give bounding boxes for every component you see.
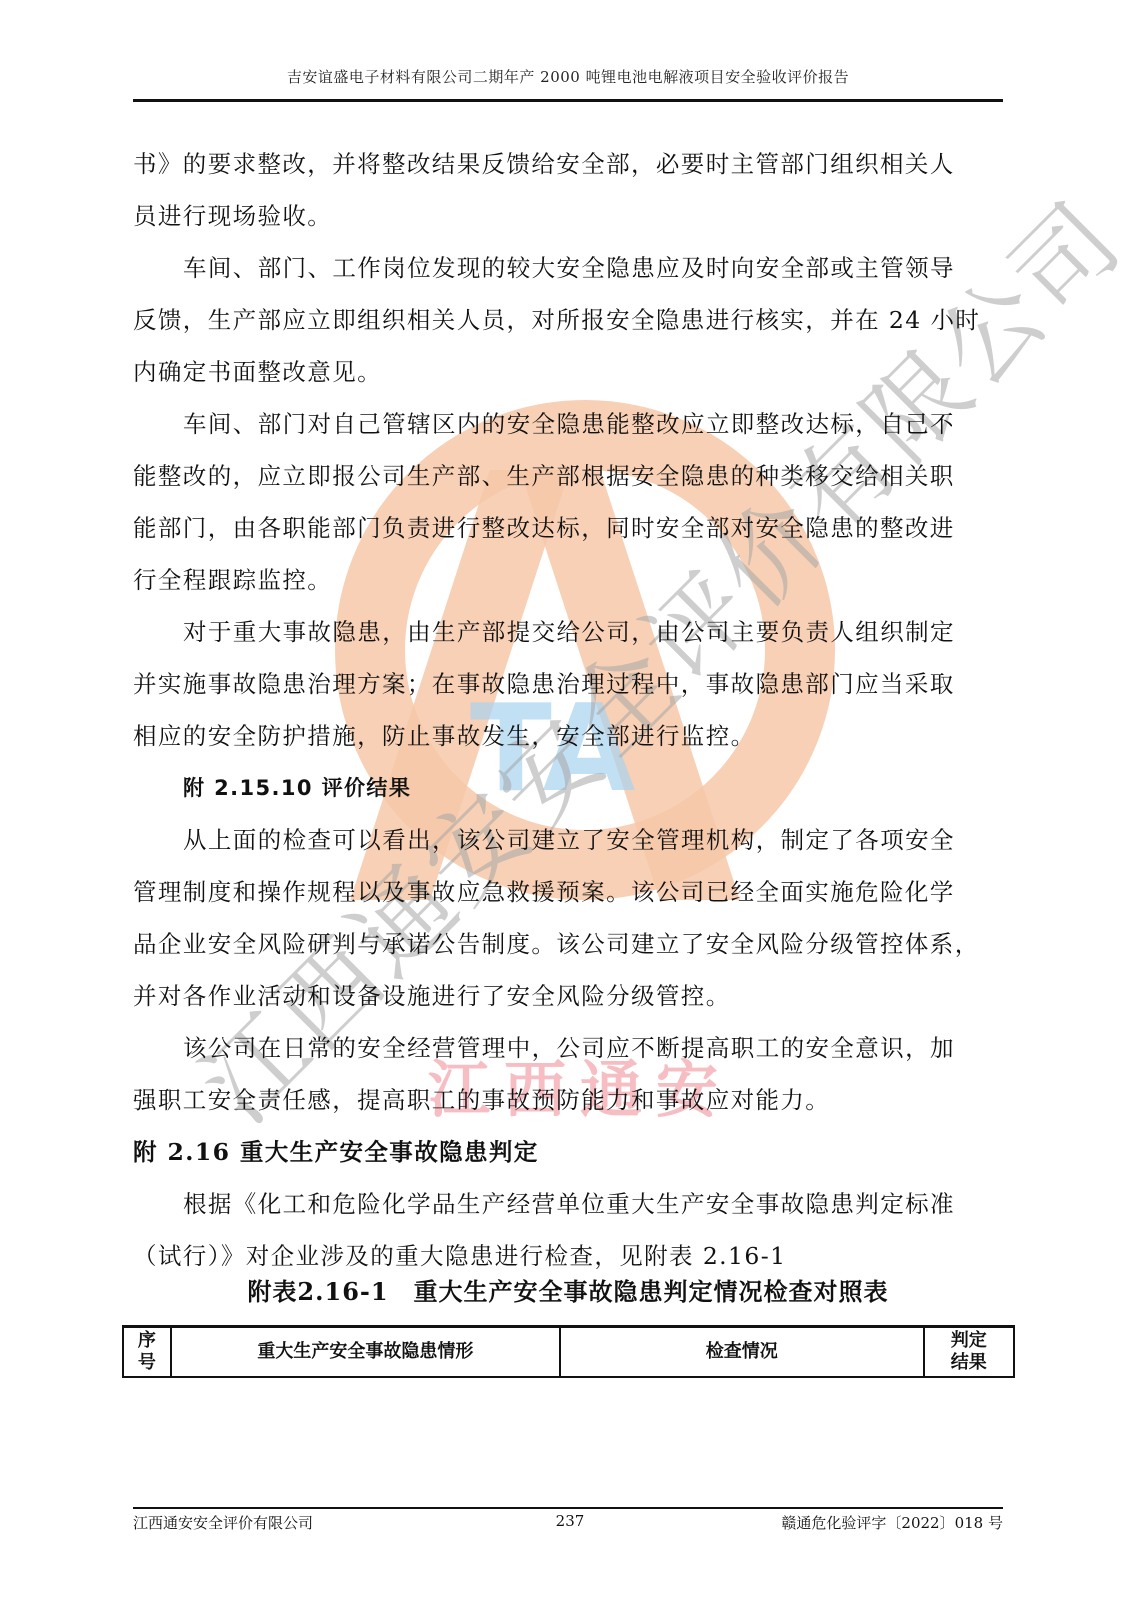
text-line: 行全程跟踪监控。 — [133, 554, 1003, 606]
column-header-hazard-situation: 重大生产安全事故隐患情形 — [171, 1327, 560, 1378]
paragraph-major-hazard-report: 车间、部门、工作岗位发现的较大安全隐患应及时向安全部或主管领导 反馈，生产部应立… — [133, 242, 1003, 398]
header-line: 判定 — [925, 1330, 1014, 1352]
column-header-judgment-result: 判定 结果 — [924, 1327, 1015, 1378]
text-line: 强职工安全责任感，提高职工的事故预防能力和事故应对能力。 — [133, 1074, 1003, 1126]
subsection-heading: 附 2.15.10 评价结果 — [133, 762, 1003, 814]
body-text: 书》的要求整改，并将整改结果反馈给安全部，必要时主管部门组织相关人 员进行现场验… — [133, 138, 1003, 1282]
column-header-index: 序 号 — [123, 1327, 171, 1378]
paragraph-major-accident-hazard: 对于重大事故隐患，由生产部提交给公司，由公司主要负责人组织制定 并实施事故隐患治… — [133, 606, 1003, 762]
hazard-check-table: 序 号 重大生产安全事故隐患情形 检查情况 判定 结果 — [122, 1325, 1015, 1378]
document-page: TA 江西通安安全评价有限公司 江西通安 吉安谊盛电子材料有限公司二期年产 20… — [0, 0, 1131, 1600]
text-line: 并实施事故隐患治理方案；在事故隐患治理过程中，事故隐患部门应当采取 — [133, 658, 1003, 710]
header-line: 检查情况 — [706, 1341, 778, 1362]
footer-rule — [133, 1507, 1003, 1509]
footer-company: 江西通安安全评价有限公司 — [133, 1512, 313, 1533]
footer-document-number: 赣通危化验评字〔2022〕018 号 — [781, 1512, 1003, 1533]
text-line: 管理制度和操作规程以及事故应急救援预案。该公司已经全面实施危险化学 — [133, 866, 1003, 918]
text-line: 能整改的，应立即报公司生产部、生产部根据安全隐患的种类移交给相关职 — [133, 450, 1003, 502]
text-line: 品企业安全风险研判与承诺公告制度。该公司建立了安全风险分级管控体系， — [133, 918, 1003, 970]
text-line: 相应的安全防护措施，防止事故发生，安全部进行监控。 — [133, 710, 1003, 762]
text-line: 车间、部门、工作岗位发现的较大安全隐患应及时向安全部或主管领导 — [133, 242, 1003, 294]
paragraph-standard-reference: 根据《化工和危险化学品生产经营单位重大生产安全事故隐患判定标准 （试行）》对企业… — [133, 1178, 1003, 1282]
running-header: 吉安谊盛电子材料有限公司二期年产 2000 吨锂电池电解液项目安全验收评价报告 — [133, 66, 1003, 87]
table-header-row: 序 号 重大生产安全事故隐患情形 检查情况 判定 结果 — [123, 1327, 1014, 1378]
column-header-inspection-status: 检查情况 — [560, 1327, 923, 1378]
text-line: 反馈，生产部应立即组织相关人员，对所报安全隐患进行核实，并在 24 小时 — [133, 294, 1003, 346]
header-line: 结果 — [925, 1352, 1014, 1374]
paragraph-safety-awareness: 该公司在日常的安全经营管理中，公司应不断提高职工的安全意识，加 强职工安全责任感… — [133, 1022, 1003, 1126]
text-line: 车间、部门对自己管辖区内的安全隐患能整改应立即整改达标，自己不 — [133, 398, 1003, 450]
text-line: 内确定书面整改意见。 — [133, 346, 1003, 398]
header-line: 重大生产安全事故隐患情形 — [257, 1341, 473, 1362]
header-rule — [133, 99, 1003, 102]
text-line: 能部门，由各职能部门负责进行整改达标，同时安全部对安全隐患的整改进 — [133, 502, 1003, 554]
header-line: 序 — [124, 1330, 170, 1352]
text-line: 员进行现场验收。 — [133, 190, 1003, 242]
text-line: 书》的要求整改，并将整改结果反馈给安全部，必要时主管部门组织相关人 — [133, 138, 1003, 190]
text-line: 从上面的检查可以看出，该公司建立了安全管理机构，制定了各项安全 — [133, 814, 1003, 866]
paragraph-evaluation-result: 从上面的检查可以看出，该公司建立了安全管理机构，制定了各项安全 管理制度和操作规… — [133, 814, 1003, 1022]
text-line: 对于重大事故隐患，由生产部提交给公司，由公司主要负责人组织制定 — [133, 606, 1003, 658]
text-line: 根据《化工和危险化学品生产经营单位重大生产安全事故隐患判定标准 — [133, 1178, 1003, 1230]
paragraph-rectification-tail: 书》的要求整改，并将整改结果反馈给安全部，必要时主管部门组织相关人 员进行现场验… — [133, 138, 1003, 242]
text-line: 该公司在日常的安全经营管理中，公司应不断提高职工的安全意识，加 — [133, 1022, 1003, 1074]
section-heading: 附 2.16 重大生产安全事故隐患判定 — [133, 1126, 1003, 1178]
text-line: 并对各作业活动和设备设施进行了安全风险分级管控。 — [133, 970, 1003, 1022]
header-line: 号 — [124, 1352, 170, 1374]
page-number: 237 — [540, 1512, 600, 1530]
table-caption: 附表2.16-1 重大生产安全事故隐患判定情况检查对照表 — [133, 1272, 1003, 1307]
paragraph-self-rectification: 车间、部门对自己管辖区内的安全隐患能整改应立即整改达标，自己不 能整改的，应立即… — [133, 398, 1003, 606]
